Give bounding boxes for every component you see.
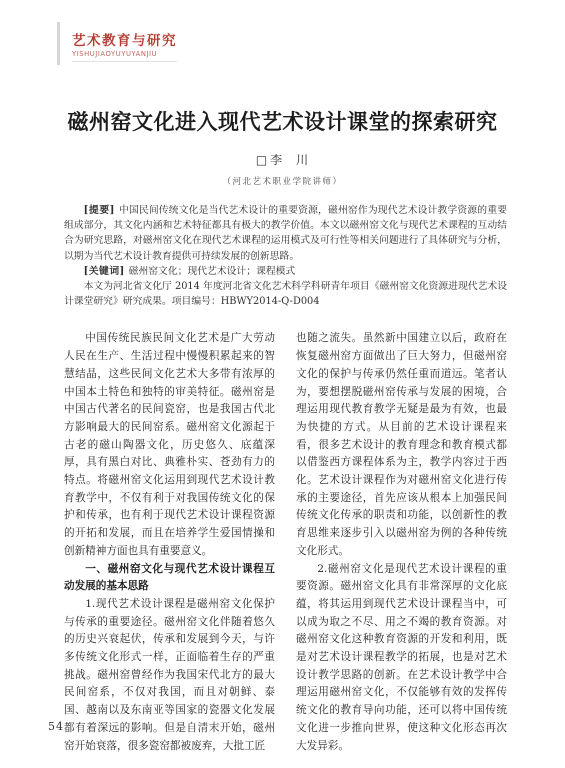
author-line: □李 川 [0,151,565,168]
document-page: 艺术教育与研究 YISHUJIAOYUYUYANJIU 磁州窑文化进入现代艺术设… [0,0,565,768]
article-content: 磁州窑文化进入现代艺术设计课堂的探索研究 □李 川 （河北艺术职业学院讲师） [… [0,0,565,755]
body-paragraph: 2.磁州窑文化是现代艺术设计课程的重要资源。磁州窑文化具有非常深厚的文化底蕴，将… [296,561,507,756]
article-meta: [提要] 中国民间传统文化是当代艺术设计的重要资源，磁州窑作为现代艺术设计教学资… [64,203,507,309]
body-paragraph: 中国传统民族民间文化艺术是广大劳动人民在生产、生活过程中慢慢积累起来的智慧结晶，… [64,330,275,560]
author-square-icon: □ [256,153,268,167]
body-paragraph: 1.现代艺术设计课程是磁州窑文化保护与传承的重要途径。磁州窑文化伴随着悠久的历史… [64,596,275,755]
author-affiliation: （河北艺术职业学院讲师） [0,175,565,187]
body-paragraph-continuation: 也随之流失。虽然新中国建立以后，政府在恢复磁州窑方面做出了巨大努力，但磁州窑文化… [296,330,507,560]
article-body: 中国传统民族民间文化艺术是广大劳动人民在生产、生活过程中慢慢积累起来的智慧结晶，… [64,330,507,755]
right-column: 也随之流失。虽然新中国建立以后，政府在恢复磁州窑方面做出了巨大努力，但磁州窑文化… [296,330,507,755]
abstract-text: 中国民间传统文化是当代艺术设计的重要资源，磁州窑作为现代艺术设计教学资源的重要组… [64,205,507,262]
abstract-label: [提要] [84,205,119,216]
keywords-text: 磁州窑文化；现代艺术设计；课程模式 [129,266,296,277]
article-title: 磁州窑文化进入现代艺术设计课堂的探索研究 [0,106,565,136]
left-column: 中国传统民族民间文化艺术是广大劳动人民在生产、生活过程中慢慢积累起来的智慧结晶，… [64,330,275,755]
keywords-label: [关键词] [84,266,129,277]
abstract-paragraph: [提要] 中国民间传统文化是当代艺术设计的重要资源，磁州窑作为现代艺术设计教学资… [64,203,507,264]
author-name: 李 川 [270,153,309,167]
keywords-paragraph: [关键词] 磁州窑文化；现代艺术设计；课程模式 [64,264,507,279]
page-number: 54 [48,720,64,733]
section-heading: 一、磁州窑文化与现代艺术设计课程互动发展的基本思路 [64,561,275,596]
funding-note: 本文为河北省文化厅 2014 年度河北省文化艺术科学科研青年项目《磁州窑文化资源… [64,279,507,309]
